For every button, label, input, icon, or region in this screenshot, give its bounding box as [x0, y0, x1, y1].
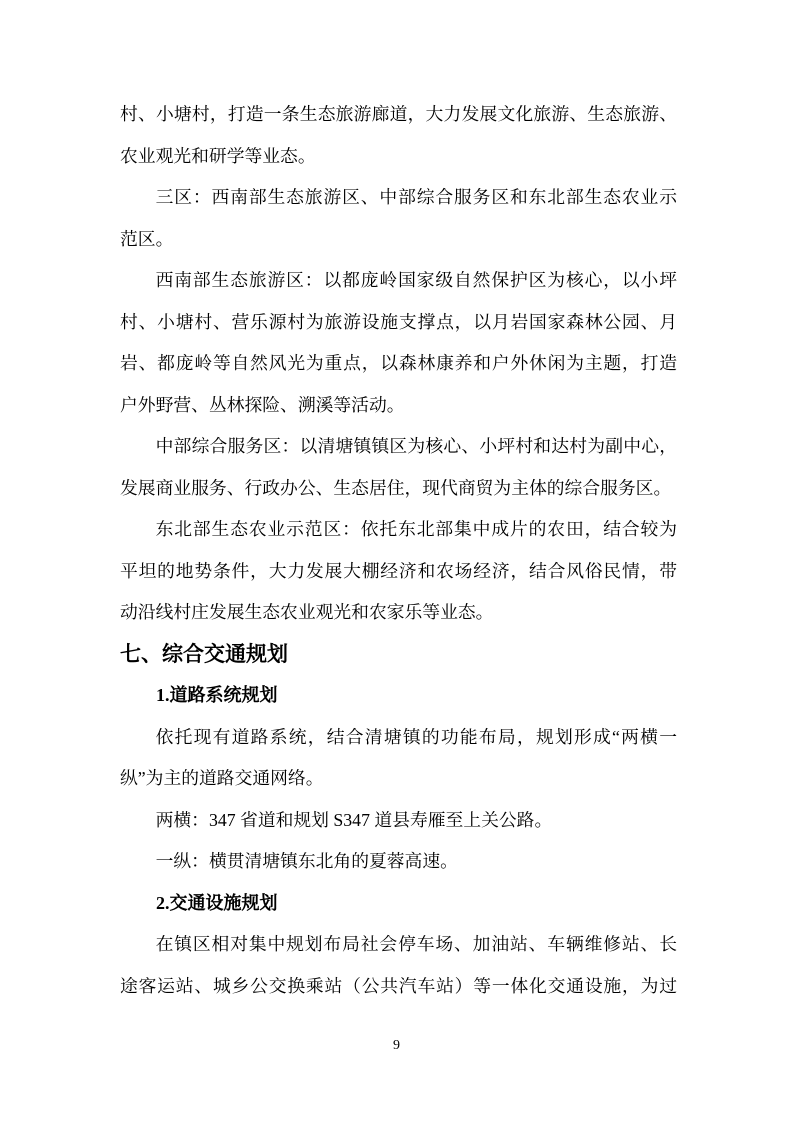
text-line: 中部综合服务区：以清塘镇镇区为核心、小坪村和达村为副中心， [120, 426, 677, 468]
heading-comprehensive-transport-planning: 七、综合交通规划 [120, 634, 677, 676]
text-line: 东北部生态农业示范区：依托东北部集中成片的农田，结合较为 [120, 509, 677, 551]
text-line: 七、综合交通规划 [120, 634, 677, 676]
text-line: 范区。 [120, 219, 677, 261]
paragraph-central-comprehensive-service-district: 中部综合服务区：以清塘镇镇区为核心、小坪村和达村为副中心，发展商业服务、行政办公… [120, 426, 677, 509]
paragraph-road-network: 依托现有道路系统，结合清塘镇的功能布局，规划形成“两横一纵”为主的道路交通网络。 [120, 717, 677, 800]
text-line: 发展商业服务、行政办公、生态居住，现代商贸为主体的综合服务区。 [120, 468, 677, 510]
text-line: 动沿线村庄发展生态农业观光和农家乐等业态。 [120, 592, 677, 634]
text-line: 村、小塘村、营乐源村为旅游设施支撑点，以月岩国家森林公园、月 [120, 302, 677, 344]
text-line: 西南部生态旅游区：以都庞岭国家级自然保护区为核心，以小坪 [120, 260, 677, 302]
text-line: 途客运站、城乡公交换乘站（公共汽车站）等一体化交通设施，为过 [120, 966, 677, 1008]
subheading-road-system-planning: 1.道路系统规划 [120, 675, 677, 717]
paragraph-ecotourism-corridor-continued: 村、小塘村，打造一条生态旅游廊道，大力发展文化旅游、生态旅游、农业观光和研学等业… [120, 94, 677, 177]
paragraph-one-vertical: 一纵：横贯清塘镇东北角的夏蓉高速。 [120, 841, 677, 883]
text-line: 纵”为主的道路交通网络。 [120, 758, 677, 800]
text-line: 在镇区相对集中规划布局社会停车场、加油站、车辆维修站、长 [120, 924, 677, 966]
subheading-transport-facilities-planning: 2.交通设施规划 [120, 883, 677, 925]
paragraph-transport-facilities: 在镇区相对集中规划布局社会停车场、加油站、车辆维修站、长途客运站、城乡公交换乘站… [120, 924, 677, 1007]
page-footer: 9 [0, 1036, 793, 1056]
page-number: 9 [393, 1038, 400, 1053]
paragraph-three-districts: 三区：西南部生态旅游区、中部综合服务区和东北部生态农业示范区。 [120, 177, 677, 260]
paragraph-southwest-ecotourism-district: 西南部生态旅游区：以都庞岭国家级自然保护区为核心，以小坪村、小塘村、营乐源村为旅… [120, 260, 677, 426]
text-line: 1.道路系统规划 [120, 675, 677, 717]
text-line: 依托现有道路系统，结合清塘镇的功能布局，规划形成“两横一 [120, 717, 677, 759]
document-body: 村、小塘村，打造一条生态旅游廊道，大力发展文化旅游、生态旅游、农业观光和研学等业… [120, 94, 677, 1007]
paragraph-two-horizontal: 两横：347 省道和规划 S347 道县寿雁至上关公路。 [120, 800, 677, 842]
text-line: 两横：347 省道和规划 S347 道县寿雁至上关公路。 [120, 800, 677, 842]
text-line: 村、小塘村，打造一条生态旅游廊道，大力发展文化旅游、生态旅游、 [120, 94, 677, 136]
text-line: 农业观光和研学等业态。 [120, 136, 677, 178]
text-line: 岩、都庞岭等自然风光为重点，以森林康养和户外休闲为主题，打造 [120, 343, 677, 385]
text-line: 户外野营、丛林探险、溯溪等活动。 [120, 385, 677, 427]
paragraph-northeast-eco-agriculture-district: 东北部生态农业示范区：依托东北部集中成片的农田，结合较为平坦的地势条件，大力发展… [120, 509, 677, 634]
document-page: 村、小塘村，打造一条生态旅游廊道，大力发展文化旅游、生态旅游、农业观光和研学等业… [0, 0, 793, 1122]
text-line: 2.交通设施规划 [120, 883, 677, 925]
text-line: 三区：西南部生态旅游区、中部综合服务区和东北部生态农业示 [120, 177, 677, 219]
text-line: 一纵：横贯清塘镇东北角的夏蓉高速。 [120, 841, 677, 883]
text-line: 平坦的地势条件，大力发展大棚经济和农场经济，结合风俗民情，带 [120, 551, 677, 593]
